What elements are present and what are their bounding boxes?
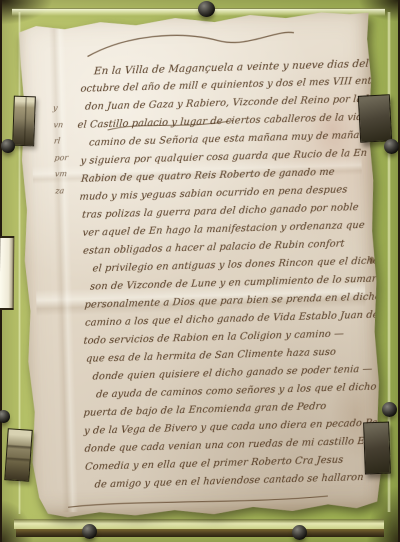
closing-rule (66, 492, 332, 511)
case-bottom-rail (16, 529, 384, 537)
museum-display-photo: yvnrlporvmza En la Villa de Magançuela a… (0, 0, 400, 542)
margin-mark: por (54, 153, 69, 163)
manuscript-text: En la Villa de Magançuela a veinte y nue… (78, 55, 373, 495)
clip-right-top (358, 94, 392, 143)
pin-bottom-right (292, 525, 307, 540)
paper-vertical-crease (49, 27, 79, 512)
clip-left-middle (0, 236, 14, 310)
clip-left-top (12, 96, 36, 147)
margin-mark: vn (53, 120, 64, 130)
margin-mark: vm (54, 169, 67, 179)
margin-mark: za (55, 186, 65, 196)
pin-left-upper (1, 139, 15, 153)
clip-left-bottom (4, 428, 33, 482)
paper-sheet: yvnrlporvmza En la Villa de Magançuela a… (14, 9, 385, 524)
pin-top-center (198, 1, 215, 17)
pin-bottom-left (82, 524, 97, 539)
clip-right-bottom (363, 422, 391, 475)
pin-right-upper (384, 139, 399, 154)
pin-right-lower (382, 402, 397, 417)
margin-mark: y (52, 103, 58, 113)
manuscript-page: yvnrlporvmza En la Villa de Magançuela a… (14, 9, 385, 524)
margin-mark: rl (53, 136, 61, 146)
